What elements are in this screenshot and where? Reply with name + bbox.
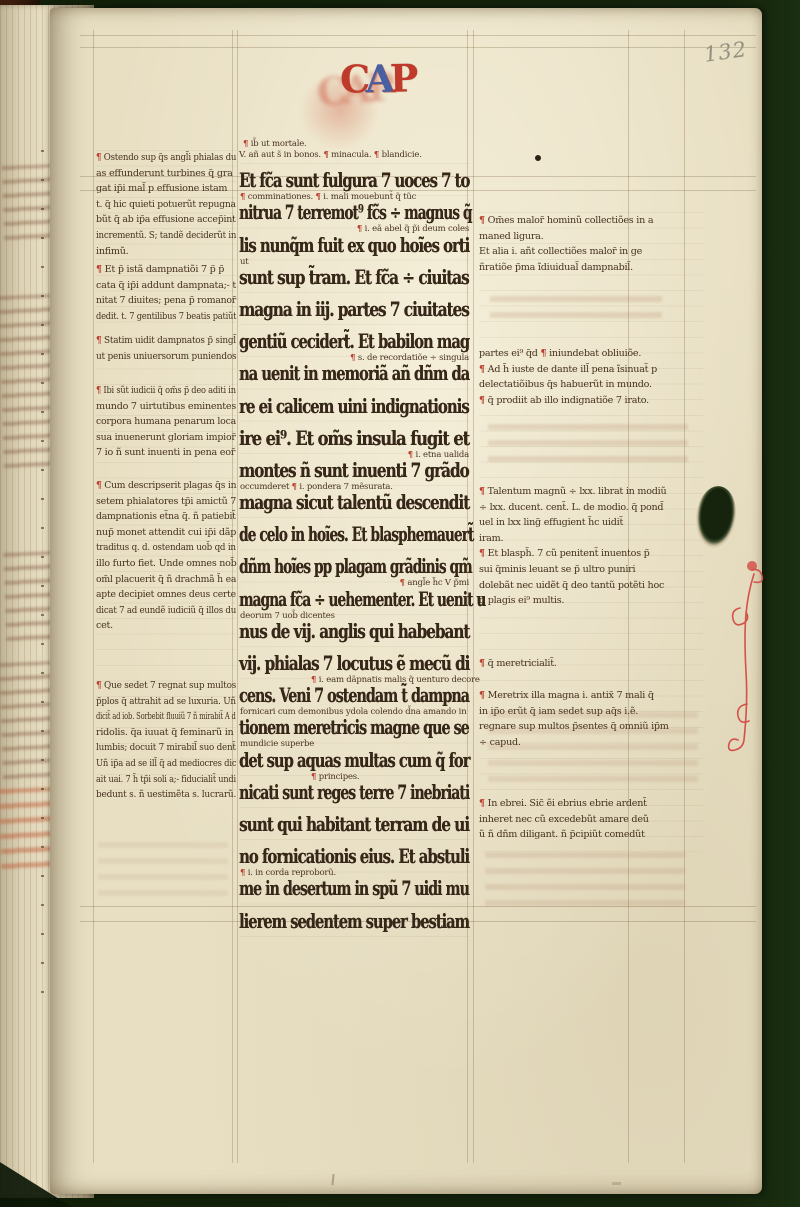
gloss-line: gat ip̃i mal̃ p effusione istam bbox=[96, 181, 236, 197]
gloss-line: dedit. t. 7 gentilibus 7 beatis patiũt bbox=[96, 309, 217, 325]
gloss-line: bedunt s. ñ uestimẽta s. lucrarũ. bbox=[96, 787, 227, 803]
gloss-line: om̃l placuerit q̃ ñ drachmã h̃ ea bbox=[96, 572, 231, 588]
bible-text-line: nus de vij. anglis qui habebant bbox=[239, 620, 469, 643]
bible-text-line: lis nunq̃m fuit ex quo hoĩes orti bbox=[239, 234, 469, 257]
gloss-line: ¶ Om̃es malor̃ hominũ collectiões in a bbox=[479, 213, 703, 229]
gloss-line: ¶ q̃ meretricialit̃. bbox=[479, 656, 703, 672]
heading-letter: C bbox=[340, 56, 366, 101]
bible-text-line: magna in iij. partes 7 ciuitates bbox=[239, 298, 469, 321]
paraph-mark-icon: ¶ bbox=[243, 139, 248, 149]
bible-text-line: cens. Veni 7 ostendam t̃ dampna bbox=[239, 684, 469, 707]
manuscript-photo: CAP CAP 132 ¶ Ostendo sup q̃s angl̃i phi… bbox=[0, 0, 800, 1207]
gloss-line: ut penis uniuersorum puniendos bbox=[96, 349, 227, 365]
text-line-row: ire ei⁹. Et om̃s insula fugit et bbox=[239, 420, 471, 452]
paraph-mark-icon: ¶ bbox=[479, 364, 485, 375]
gloss-line: maned ligura. bbox=[479, 229, 703, 245]
gloss-line: setem phialatores tp̃i amictũ 7 bbox=[96, 494, 235, 510]
gloss-line: traditus q. d. ostendam uob̃ qd in bbox=[96, 540, 223, 556]
bible-text-line: sunt qui habitant terram de ui bbox=[239, 813, 469, 836]
text-line-row: ¶ angl̃e h̃c V p̃mimagna fc̃a ÷ uehement… bbox=[239, 580, 471, 612]
gloss-line: Uñ ip̃a ad se ill̃ q̃ ad mediocres dic bbox=[96, 756, 219, 772]
bible-text-line: gentiũ cecidert̃. Et babilon mag bbox=[239, 330, 469, 353]
text-line-row: gentiũ cecidert̃. Et babilon mag bbox=[239, 323, 471, 355]
text-line-row: re ei calicem uini indignationis bbox=[239, 387, 471, 419]
left-gloss-block-1: ¶ Ostendo sup q̃s angl̃i phialas duas ef… bbox=[96, 150, 236, 259]
verso-bleed-text bbox=[490, 296, 662, 324]
interlinear-gloss: ¶ ib̃ ut mortale. bbox=[243, 139, 307, 149]
gloss-line: ÷ lxx. ducent. cent̃. L. de modio. q̃ po… bbox=[479, 500, 703, 516]
bible-text-line: nicati sunt reges terre 7 inebriati bbox=[239, 781, 469, 804]
stray-pen-mark bbox=[612, 1182, 621, 1185]
right-gloss-block-2: partes ei⁹ q̃d ¶ iniundebat obliuiõe.¶ A… bbox=[479, 346, 703, 408]
gloss-line: t. q̃ hic quieti potuerũt repugna bbox=[96, 197, 230, 213]
ruling-horizontal bbox=[80, 47, 756, 48]
gloss-line: bũt q̃ ab ip̃a effusione accep̃int bbox=[96, 212, 233, 228]
gloss-line: dicit̃ ad iob. Sorbebit fluuiũ 7 ñ mirab… bbox=[96, 709, 194, 725]
gloss-line: ñratiõe p̃ma ĩdiuidual̃ dampnabil̃. bbox=[479, 260, 703, 276]
paraph-mark-icon: ¶ bbox=[374, 150, 379, 160]
red-flourish-ornament bbox=[726, 556, 768, 756]
gloss-line: mundo 7 uirtutibus eminentes bbox=[96, 399, 236, 415]
text-line-row: ¶ i. etna ualidamontes ñ sunt inuenti 7 … bbox=[239, 452, 471, 484]
gloss-line: ait uai. 7 h̃ tp̃i soli a;- fiducialit̃ … bbox=[96, 772, 216, 788]
gloss-line: lumbis; docuit 7 mirabil̃ suo dent̃ bbox=[96, 740, 224, 756]
bible-text-line: tionem meretricis magne que se bbox=[239, 716, 469, 739]
text-line-row: Et fc̃a sunt fulgura 7 uoces 7 to bbox=[239, 162, 471, 194]
ruling-vertical bbox=[237, 30, 238, 1163]
right-gloss-block-6: ¶ In ebrei. Sic̃ ẽi ebrius ebrie ardent̃… bbox=[479, 796, 703, 843]
text-line-row: ¶ i. in corda reproborũ.me in desertum i… bbox=[239, 870, 471, 902]
bible-text-line: vij. phialas 7 locutus ẽ mecũ di bbox=[239, 652, 469, 675]
text-line-row: deorum 7 uob̃ dicentesnus de vij. anglis… bbox=[239, 613, 471, 645]
gloss-line: ũ ñ dñm diligant. ñ p̃cipiũt comedũt bbox=[479, 827, 703, 843]
gloss-line: infimũ. bbox=[96, 244, 236, 260]
bible-text-line: magna fc̃a ÷ uehementer. Et uenit u bbox=[239, 588, 485, 611]
bible-text-line: montes ñ sunt inuenti 7 grãdo bbox=[239, 459, 469, 482]
left-gloss-block-3: ¶ Statim uidit dampnatos p̃ singl̃ut pen… bbox=[96, 333, 236, 364]
bible-text-line: det sup aquas multas cum q̃ for bbox=[239, 749, 469, 772]
bible-text-line: sunt sup t̃ram. Et fc̃a ÷ ciuitas bbox=[239, 266, 469, 289]
gloss-line: ¶ Ostendo sup q̃s angl̃i phialas du bbox=[96, 150, 222, 166]
gloss-line: illo furto fiet. Unde omnes nob̃ bbox=[96, 556, 235, 572]
paraph-mark-icon: ¶ bbox=[540, 348, 546, 359]
gloss-line: 7 io ñ sunt inuenti in pena eor̃ bbox=[96, 445, 236, 461]
gloss-line: ¶ Que sedet 7 regnat sup multos bbox=[96, 678, 226, 694]
verso-bleed-text bbox=[485, 852, 685, 908]
text-line-row: ¶ principes.nicati sunt reges terre 7 in… bbox=[239, 774, 471, 806]
verso-bleed-text bbox=[98, 842, 228, 904]
gloss-line: ¶ Talentum magnũ ÷ lxx. librat in modiũ bbox=[479, 484, 703, 500]
paraph-mark-icon: ¶ bbox=[96, 480, 102, 491]
bible-text-line: ire ei⁹. Et om̃s insula fugit et bbox=[239, 427, 469, 450]
gloss-line: ¶ Et p̃ istã dampnatiõi 7 p̃ p̃ bbox=[96, 262, 236, 278]
gloss-line: ridolis. q̃a iuuat q̃ feminarũ in bbox=[96, 725, 236, 741]
gloss-line: q̃ plagis ei⁹ multis. bbox=[479, 593, 703, 609]
text-line-row: ¶ i. eã abel q̃ p̃i deum coleslis nunq̃m… bbox=[239, 226, 471, 258]
ruling-vertical bbox=[93, 30, 94, 1163]
gloss-line: nitat 7 diuites; pena p̃ romanor̃ bbox=[96, 293, 232, 309]
paraph-mark-icon: ¶ bbox=[479, 658, 485, 669]
chapter-heading: CAP bbox=[340, 55, 414, 101]
gloss-line: ¶ Et blasph̃. 7 cũ penitent̃ inuentos p̃ bbox=[479, 546, 703, 562]
main-text-column: Et fc̃a sunt fulgura 7 uoces 7 to¶ commi… bbox=[239, 162, 471, 935]
left-gloss-block-4: ¶ Ibi sũt iudicii q̃ om̃s p̃ deo aditi i… bbox=[96, 383, 236, 461]
text-line-row: no fornicationis eius. Et abstuli bbox=[239, 838, 471, 870]
text-line-row: de celo in hoĩes. Et blasphemauert̃ bbox=[239, 516, 471, 548]
gloss-line: dampnationis et̃na q̃. ñ patiebit̃ bbox=[96, 509, 231, 525]
paraph-mark-icon: ¶ bbox=[96, 335, 101, 346]
facing-page-bleed-text bbox=[0, 787, 57, 873]
bible-text-line: no fornicationis eius. Et abstuli bbox=[239, 845, 469, 868]
gloss-line: delectatiõibus q̃s habuerũt in mundo. bbox=[479, 377, 703, 393]
paraph-mark-icon: ¶ bbox=[96, 264, 102, 275]
heading-letter: A bbox=[365, 56, 390, 101]
left-gloss-block-6: ¶ Que sedet 7 regnat sup multosp̃plos q̃… bbox=[96, 678, 236, 803]
paraph-mark-icon: ¶ bbox=[96, 152, 101, 163]
gloss-line: sua inuenerunt gloriam impior̃ bbox=[96, 430, 234, 446]
right-gloss-block-4: ¶ q̃ meretricialit̃. bbox=[479, 656, 703, 672]
verso-bleed-text bbox=[488, 424, 688, 470]
interlinear-gloss: V. añ aut s̃ in bonos. ¶ minacula. ¶ bla… bbox=[239, 150, 422, 160]
bible-text-line: me in desertum in spũ 7 uidi mu bbox=[239, 877, 469, 900]
text-line-row: mundicie superbedet sup aquas multas cum… bbox=[239, 741, 471, 773]
text-line-row: utsunt sup t̃ram. Et fc̃a ÷ ciuitas bbox=[239, 259, 471, 291]
gloss-line: ¶ Cum descripserit plagas q̃s in bbox=[96, 478, 230, 494]
text-line-row: dñm hoĩes pp plagam grãdinis qm̃ bbox=[239, 548, 471, 580]
left-gloss-block-2: ¶ Et p̃ istã dampnatiõi 7 p̃ p̃cata q̃ i… bbox=[96, 262, 236, 324]
gloss-line: inheret nec cũ excedebũt amare deũ bbox=[479, 812, 703, 828]
gloss-line: iram. bbox=[479, 531, 703, 547]
gloss-line: ¶ Statim uidit dampnatos p̃ singl̃ bbox=[96, 333, 226, 349]
right-gloss-block-1: ¶ Om̃es malor̃ hominũ collectiões in ama… bbox=[479, 213, 703, 275]
gloss-line: corpora humana penarum loca bbox=[96, 414, 233, 430]
gloss-line: uel in lxx ling̃ effugient h̃c uidit̃ bbox=[479, 515, 703, 531]
paraph-mark-icon: ¶ bbox=[479, 548, 485, 559]
paraph-mark-icon: ¶ bbox=[323, 150, 328, 160]
text-line-row: magna in iij. partes 7 ciuitates bbox=[239, 291, 471, 323]
pricking-marks bbox=[41, 150, 44, 1015]
gloss-line: ¶ Ibi sũt iudicii q̃ om̃s p̃ deo aditi i… bbox=[96, 383, 216, 399]
paraph-mark-icon: ¶ bbox=[96, 385, 101, 396]
gloss-line: dolebãt nec uidẽt q̃ deo tantũ potẽti ho… bbox=[479, 578, 703, 594]
paraph-mark-icon: ¶ bbox=[479, 690, 485, 701]
right-gloss-block-3: ¶ Talentum magnũ ÷ lxx. librat in modiũ÷… bbox=[479, 484, 703, 609]
paraph-mark-icon: ¶ bbox=[479, 486, 485, 497]
gloss-line: partes ei⁹ q̃d ¶ iniundebat obliuiõe. bbox=[479, 346, 703, 362]
heading-letter: P bbox=[389, 55, 413, 100]
bible-text-line: Et fc̃a sunt fulgura 7 uoces 7 to bbox=[239, 169, 469, 192]
bible-text-line: lierem sedentem super bestiam bbox=[239, 910, 469, 933]
gloss-line: cata q̃ ip̃i addunt dampnata;- t bbox=[96, 278, 236, 294]
gloss-line: p̃plos q̃ attrahit ad se luxuria. Uñ bbox=[96, 694, 224, 710]
gloss-line: incrementũ. S; tandẽ deciderũt in bbox=[96, 228, 222, 244]
paraph-mark-icon: ¶ bbox=[479, 798, 485, 809]
gloss-line: ¶ q̃ prodiit ab illo indignatiõe 7 irato… bbox=[479, 393, 703, 409]
text-line-row: sunt qui habitant terram de ui bbox=[239, 806, 471, 838]
gloss-line: ¶ Ad h̃ iuste de dante ill̃ pena ĩsinuat… bbox=[479, 362, 703, 378]
paraph-mark-icon: ¶ bbox=[479, 395, 485, 406]
ruling-horizontal bbox=[80, 35, 756, 36]
gloss-line: Et alia i. añt collectiões malor̃ in ge bbox=[479, 244, 703, 260]
bible-text-line: dñm hoĩes pp plagam grãdinis qm̃ bbox=[239, 555, 472, 578]
gloss-line: dicat 7 ad eundẽ iudiciũ q̃ illos du bbox=[96, 603, 222, 619]
text-line-row: vij. phialas 7 locutus ẽ mecũ di bbox=[239, 645, 471, 677]
text-line-row: ¶ comminationes. ¶ i. mali mouebunt̃ q̃ … bbox=[239, 194, 471, 226]
gloss-line: cet. bbox=[96, 618, 236, 634]
verso-bleed-text bbox=[488, 712, 698, 792]
text-line-row: lierem sedentem super bestiam bbox=[239, 902, 471, 934]
bible-text-line: na uenit in memoriã añ dñm da bbox=[239, 362, 469, 385]
ink-blot bbox=[535, 155, 541, 161]
text-line-row: occumderet ¶ i. pondera 7 mẽsurata.magna… bbox=[239, 484, 471, 516]
bible-text-line: nitrua 7 terremot⁹ fc̃s ÷ magnus q̃ bbox=[239, 201, 471, 224]
gloss-line: apte decipiet omnes deus certe bbox=[96, 587, 231, 603]
text-line-row: ¶ i. eam dãpnatis malis q̃ uenturo decor… bbox=[239, 677, 471, 709]
bible-text-line: magna sicut talentũ descendit bbox=[239, 491, 469, 514]
gloss-line: ¶ Meretrix illa magna i. antix̃ 7 mali q… bbox=[479, 688, 703, 704]
paraph-mark-icon: ¶ bbox=[479, 215, 485, 226]
text-line-row: fornicari cum demonibus ydola colendo d̃… bbox=[239, 709, 471, 741]
left-gloss-block-5: ¶ Cum descripserit plagas q̃s insetem ph… bbox=[96, 478, 236, 634]
gloss-line: ¶ In ebrei. Sic̃ ẽi ebrius ebrie ardent̃ bbox=[479, 796, 703, 812]
bible-text-line: re ei calicem uini indignationis bbox=[239, 395, 469, 418]
text-line-row: ¶ s. de recordatiõe ÷ singulana uenit in… bbox=[239, 355, 471, 387]
gloss-line: as effunderunt turbines q̃ gra bbox=[96, 166, 236, 182]
paraph-mark-icon: ¶ bbox=[96, 680, 101, 691]
bible-text-line: de celo in hoĩes. Et blasphemauert̃ bbox=[239, 523, 473, 546]
gloss-line: sui q̃minis leuant se p̃ ultro puniri bbox=[479, 562, 703, 578]
gloss-line: nup̃ monet attendit cui ip̃i dãp bbox=[96, 525, 236, 541]
